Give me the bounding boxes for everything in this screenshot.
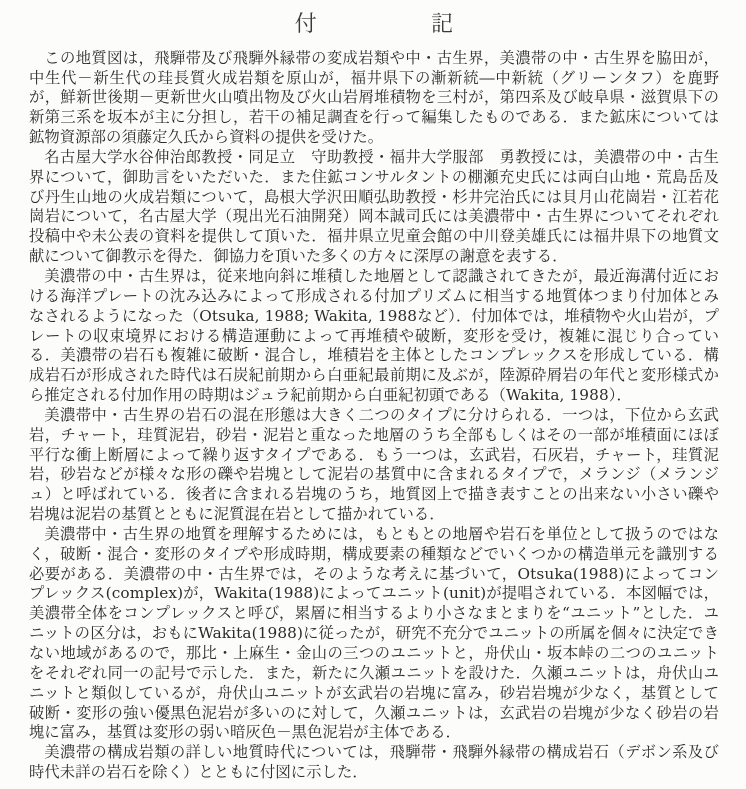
paragraph-acknowledgements: 名古屋大学水谷伸治郎教授・同足立 守助教授・福井大学服部 勇教授には，美濃帯の中… <box>29 148 719 267</box>
paragraph-geologic-ages: 美濃帯の構成岩類の詳しい地質時代については，飛騨帯・飛騨外縁帯の構成岩石（デボン… <box>29 743 719 783</box>
page-title: 付記 <box>29 10 719 40</box>
paragraph-attribution: この地質図は，飛騨帯及び飛騨外縁帯の変成岩類や中・古生界，美濃帯の中・古生界を脇… <box>29 49 719 148</box>
paragraph-mixing-types: 美濃帯中・古生界の岩石の混在形態は大きく二つのタイプに分けられる．一つは，下位か… <box>29 406 719 525</box>
document-page: 付記 この地質図は，飛騨帯及び飛騨外縁帯の変成岩類や中・古生界，美濃帯の中・古生… <box>0 0 746 789</box>
paragraph-accretionary-complex: 美濃帯の中・古生界は，従来地向斜に堆積した地層として認識されてきたが，最近海溝付… <box>29 267 719 406</box>
paragraph-unit-classification: 美濃帯中・古生界の地質を理解するためには，もともとの地層や岩石を単位として扱うの… <box>29 525 719 743</box>
